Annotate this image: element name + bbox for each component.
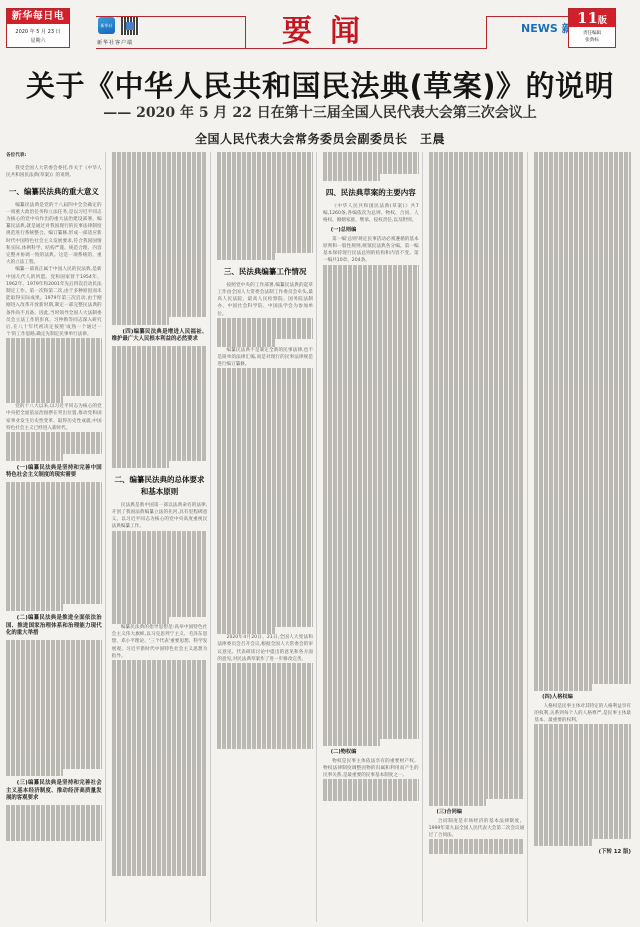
subsection-heading: (三)合同编 bbox=[429, 809, 525, 817]
article-byline: 全国人民代表大会常务委员会副委员长 王晨 bbox=[0, 130, 640, 147]
section-title: 要闻 bbox=[282, 6, 378, 50]
page-suffix: 版 bbox=[598, 16, 607, 26]
body-paragraph: 编纂民法典的指导思想是:高举中国特色社会主义伟大旗帜,以马克思列宁主义、毛泽东思… bbox=[112, 624, 208, 660]
issue-weekday: 星期六 bbox=[7, 37, 69, 44]
editor-credit: 责任编辑 张典标 bbox=[569, 30, 615, 44]
body-paragraph: 按照党中央的工作部署,编纂民法典的起草工作由全国人大常委会法制工作委员会牵头,最… bbox=[217, 282, 313, 318]
body-paragraph: 编纂民法典不是制定全新的民事法律,也不是简单的法律汇编,而是对现行的民事法律规范… bbox=[217, 347, 313, 369]
article-column-3: 三、民法典编纂工作情况 按照党中央的工作部署,编纂民法典的起草工作由全国人大常委… bbox=[217, 152, 317, 922]
article-column-1: 各位代表: 我受全国人大常委会委托,作关于《中华人民共和国民法典(草案)》的说明… bbox=[6, 152, 106, 922]
body-paragraph: 编纂民法典是党的十八届四中全会确定的一项重大政治任务和立法任务,是以习近平同志为… bbox=[6, 202, 102, 267]
client-label: 新华社客户端 bbox=[97, 39, 133, 46]
body-paragraph: 2020年4月20日、21日,全国人大宪法和法律委员会召开会议,根据全国人大常委… bbox=[217, 634, 313, 663]
body-paragraph: 合同制度是市场经济的基本法律制度。1999年第九届全国人民代表大会第二次会议通过… bbox=[429, 818, 525, 840]
body-paragraph: 《中华人民共和国民法典(草案)》共7编,1260条,各编依次为总则、物权、合同、… bbox=[323, 203, 419, 225]
xinhua-app-icon: 新华社 bbox=[98, 17, 115, 34]
body-paragraph: 党的十八大以来,以习近平同志为核心的党中央把全面依法治国摆在突出位置,推动党和国… bbox=[6, 403, 102, 432]
greeting: 各位代表: bbox=[6, 152, 102, 159]
article-column-5: (三)合同编 合同制度是市场经济的基本法律制度。1999年第九届全国人民代表大会… bbox=[429, 152, 529, 922]
page-number-box: 11版 责任编辑 张典标 bbox=[568, 8, 616, 48]
article-column-2: (四)编纂民法典是增进人民福祉、维护最广大人民根本利益的必然要求 二、编纂民法典… bbox=[112, 152, 212, 922]
body-paragraph: 物权是民事主体依法享有的重要财产权。物权法律制度调整因物的归属和利用而产生的民事… bbox=[323, 758, 419, 780]
section-heading-4: 四、民法典草案的主要内容 bbox=[323, 187, 419, 199]
article-column-6: (四)人格权编 人格权是民事主体对其特定的人格利益享有的权利,关系到每个人的人格… bbox=[534, 152, 634, 922]
subsection-heading: (三)编纂民法典是坚持和完善社会主义基本经济制度、推动经济高质量发展的客观要求 bbox=[6, 780, 102, 803]
masthead-rule bbox=[486, 16, 568, 17]
page-number: 11版 bbox=[569, 9, 615, 27]
subsection-heading: (二)物权编 bbox=[323, 749, 419, 757]
continued-on-page[interactable]: (下转 12 版) bbox=[534, 849, 631, 856]
editor-label: 责任编辑 bbox=[569, 30, 615, 37]
masthead: 新华每日电讯 2020 年 5 月 23 日 星期六 新华社 新华社客户端 要闻… bbox=[0, 0, 640, 52]
article-subheadline: —— 2020 年 5 月 22 日在第十三届全国人民代表大会第三次会议上 bbox=[0, 102, 640, 122]
body-paragraph: 编纂一部真正属于中国人民的民法典,是新中国几代人的夙愿。党和国家曾于1954年、… bbox=[6, 266, 102, 338]
subsection-heading: (四)编纂民法典是增进人民福祉、维护最广大人民根本利益的必然要求 bbox=[112, 329, 208, 344]
newspaper-name: 新华每日电讯 bbox=[7, 9, 69, 24]
body-paragraph: 民法典是新中国第一部以法典命名的法律,开创了我国法典编纂立法的先河,具有里程碑意… bbox=[112, 502, 208, 531]
body-paragraph: 第一编'总则'规定民事活动必须遵循的基本原则和一般性规则,统领民法典各分编。第一… bbox=[323, 236, 419, 265]
subsection-heading: (一)编纂民法典是坚持和完善中国特色社会主义制度的现实需要 bbox=[6, 465, 102, 480]
editor-name: 张典标 bbox=[569, 37, 615, 44]
page-number-value: 11 bbox=[577, 9, 598, 27]
newspaper-brand-box: 新华每日电讯 2020 年 5 月 23 日 星期六 bbox=[6, 8, 70, 48]
article-body: 各位代表: 我受全国人大常委会委托,作关于《中华人民共和国民法典(草案)》的说明… bbox=[6, 152, 634, 922]
subsection-heading: (二)编纂民法典是推进全面依法治国、推进国家治理体系和治理能力现代化的重大举措 bbox=[6, 615, 102, 638]
subsection-heading: (一)总则编 bbox=[323, 227, 419, 235]
intro-paragraph: 我受全国人大常委会委托,作关于《中华人民共和国民法典(草案)》的说明。 bbox=[6, 165, 102, 179]
section-heading-2: 二、编纂民法典的总体要求和基本原则 bbox=[112, 474, 208, 498]
section-heading-1: 一、编纂民法典的重大意义 bbox=[6, 186, 102, 198]
body-paragraph: 人格权是民事主体对其特定的人格利益享有的权利,关系到每个人的人格尊严,是民事主体… bbox=[534, 703, 631, 725]
issue-date: 2020 年 5 月 23 日 bbox=[7, 28, 69, 35]
section-heading-3: 三、民法典编纂工作情况 bbox=[217, 266, 313, 278]
masthead-rule bbox=[486, 16, 487, 49]
qr-code-icon bbox=[121, 17, 139, 35]
subsection-heading: (四)人格权编 bbox=[534, 694, 631, 702]
article-column-4: 四、民法典草案的主要内容 《中华人民共和国民法典(草案)》共7编,1260条,各… bbox=[323, 152, 423, 922]
article-headline: 关于《中华人民共和国民法典(草案)》的说明 bbox=[0, 64, 640, 105]
